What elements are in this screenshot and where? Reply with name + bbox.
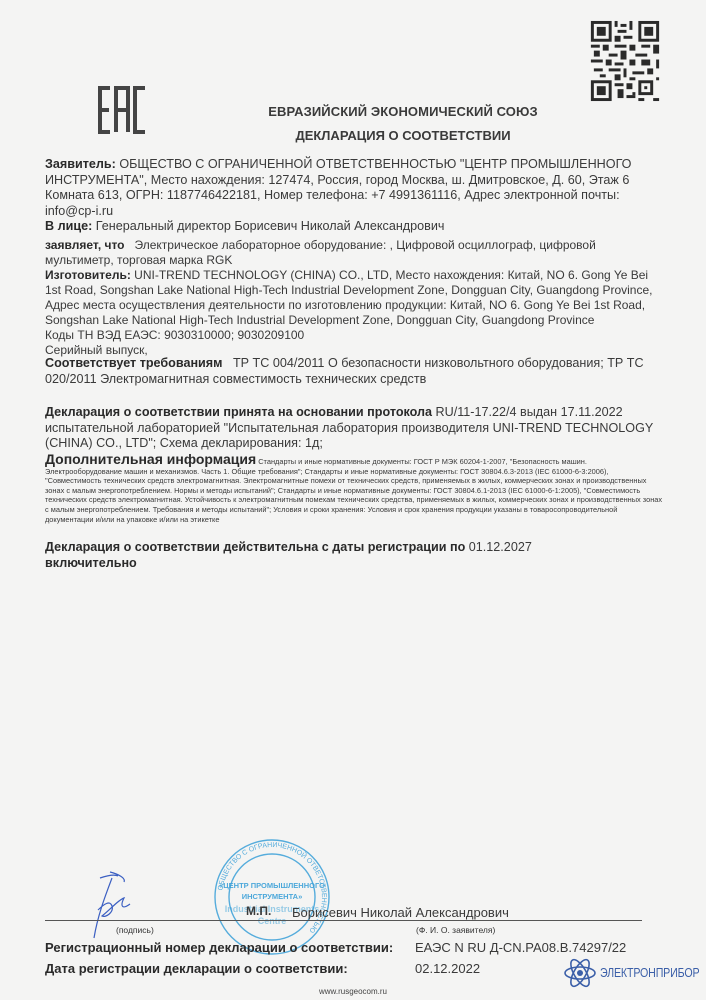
- conforms-label: Соответствует требованиям: [45, 356, 222, 370]
- stamp-line1: «ЦЕНТР ПРОМЫШЛЕННОГО: [219, 881, 325, 890]
- manufacturer-text: UNI-TREND TECHNOLOGY (CHINA) CO., LTD, М…: [45, 268, 652, 327]
- validity-suffix: включительно: [45, 556, 137, 570]
- seal-label: М.П.: [246, 904, 271, 918]
- registration-number-label: Регистрационный номер декларации о соотв…: [45, 940, 393, 955]
- document-title: ДЕКЛАРАЦИЯ О СООТВЕТСТВИИ: [0, 128, 706, 143]
- additional-info-label: Дополнительная информация: [45, 451, 256, 467]
- footer-url[interactable]: www.rusgeocom.ru: [0, 987, 706, 996]
- declares-label: заявляет, что: [45, 238, 125, 252]
- signature-line: [45, 920, 642, 921]
- electronpribor-logo: ЭЛЕКТРОНПРИБОР: [563, 956, 703, 990]
- registration-date-label: Дата регистрации декларации о соответств…: [45, 961, 348, 976]
- basis-label: Декларация о соответствии принята на осн…: [45, 405, 432, 419]
- signature-caption: (подпись): [116, 925, 154, 935]
- atom-icon: [563, 956, 597, 990]
- name-caption: (Ф. И. О. заявителя): [416, 925, 495, 935]
- tn-ved-codes: Коды ТН ВЭД ЕАЭС: 9030310000; 9030209100: [45, 328, 304, 342]
- registration-number: ЕАЭС N RU Д-CN.PA08.B.74297/22: [415, 940, 626, 955]
- basis-section: Декларация о соответствии принята на осн…: [45, 405, 665, 452]
- logo-text: ЭЛЕКТРОНПРИБОР: [600, 965, 699, 980]
- product-section: заявляет, что Электрическое лабораторное…: [45, 238, 665, 358]
- applicant-text: ОБЩЕСТВО С ОГРАНИЧЕННОЙ ОТВЕТСТВЕННОСТЬЮ…: [45, 157, 631, 218]
- qr-code-icon: [587, 18, 663, 104]
- union-title-text: ЕВРАЗИЙСКИЙ ЭКОНОМИЧЕСКИЙ СОЮЗ: [268, 104, 538, 119]
- represented-label: В лице:: [45, 219, 92, 233]
- declares-text: Электрическое лабораторное оборудование:…: [45, 238, 596, 267]
- serial-release: Серийный выпуск,: [45, 343, 148, 357]
- represented-text: Генеральный директор Борисевич Николай А…: [96, 219, 445, 233]
- applicant-section: Заявитель: ОБЩЕСТВО С ОГРАНИЧЕННОЙ ОТВЕТ…: [45, 157, 665, 235]
- registration-date: 02.12.2022: [415, 961, 480, 976]
- validity-section: Декларация о соответствии действительна …: [45, 540, 665, 571]
- applicant-label: Заявитель:: [45, 157, 116, 171]
- validity-date: 01.12.2027: [469, 540, 532, 554]
- document-title-text: ДЕКЛАРАЦИЯ О СООТВЕТСТВИИ: [295, 128, 510, 143]
- company-stamp: ОБЩЕСТВО С ОГРАНИЧЕННОЙ ОТВЕТСТВЕННОСТЬЮ…: [213, 838, 331, 956]
- validity-label: Декларация о соответствии действительна …: [45, 540, 465, 554]
- union-title: ЕВРАЗИЙСКИЙ ЭКОНОМИЧЕСКИЙ СОЮЗ: [0, 104, 706, 119]
- additional-info-text: Стандарты и иные нормативные документы: …: [45, 457, 662, 524]
- signatory-name: Борисевич Николай Александрович: [292, 905, 509, 920]
- stamp-line2: ИНСТРУМЕНТА»: [242, 892, 303, 901]
- conformity-section: Соответствует требованиям ТР ТС 004/2011…: [45, 356, 665, 387]
- additional-info-section: Дополнительная информация Стандарты и ин…: [45, 455, 665, 524]
- manufacturer-label: Изготовитель:: [45, 268, 131, 282]
- declaration-page: ЕВРАЗИЙСКИЙ ЭКОНОМИЧЕСКИЙ СОЮЗ ДЕКЛАРАЦИ…: [0, 0, 706, 1000]
